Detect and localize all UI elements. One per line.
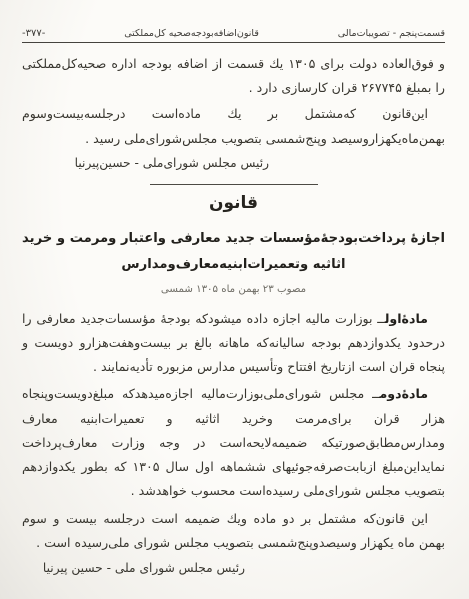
header-page-number: -۳۷۷- xyxy=(22,28,45,39)
previous-law-signature: رئیس مجلس شورای‌ملی - حسین‌پیرنیا xyxy=(22,153,445,174)
article-2-text: ــ مجلس شورای‌ملی‌بوزارت‌مالیه اجازه‌مید… xyxy=(22,386,445,498)
law-approval-note: مصوب ۲۳ بهمن ماه ۱۳۰۵ شمسی xyxy=(22,284,445,295)
article-2-label: مادهٔ‌دوم xyxy=(379,386,428,401)
law-article-2: مادهٔ‌دومــ مجلس شورای‌ملی‌بوزارت‌مالیه … xyxy=(22,382,445,503)
law-signature: رئیس مجلس شورای ملی - حسین پیرنیا xyxy=(22,558,445,579)
section-divider xyxy=(150,184,318,185)
previous-law-ratification: این‌قانون که‌مشتمل بر یك ماده‌است درجلسه… xyxy=(22,102,445,150)
law-title-line1: اجازهٔ پرداخت‌بودجهٔ‌مؤسسات جدید معارفی … xyxy=(22,226,445,252)
law-article-1: مادهٔ‌اولــ بوزارت مالیه اجازه داده میشو… xyxy=(22,307,445,380)
article-1-text: ــ بوزارت مالیه اجازه داده میشودکه بودجه… xyxy=(22,311,445,374)
article-1-label: مادهٔ‌اول xyxy=(385,311,428,326)
law-kicker: قانون xyxy=(22,193,445,213)
page-header: قسمت‌پنجم - تصویبات‌مالی قانون‌اضافه‌بود… xyxy=(22,28,445,39)
law-closing-paragraph: این قانون‌که مشتمل بر دو ماده ویك ضمیمه … xyxy=(22,507,445,555)
header-rule xyxy=(22,42,445,43)
scanned-law-page: قسمت‌پنجم - تصویبات‌مالی قانون‌اضافه‌بود… xyxy=(0,0,469,599)
header-running-title: قانون‌اضافه‌بودجه‌صحیه کل‌مملکتی xyxy=(124,28,259,39)
law-title-line2: اثاثیه وتعمیرات‌ابنیه‌معارف‌ومدارس xyxy=(22,252,445,278)
previous-law-paragraph: و فوق‌العاده دولت برای ۱۳۰۵ یك قسمت از ا… xyxy=(22,52,445,100)
header-section-label: قسمت‌پنجم - تصویبات‌مالی xyxy=(338,28,445,39)
